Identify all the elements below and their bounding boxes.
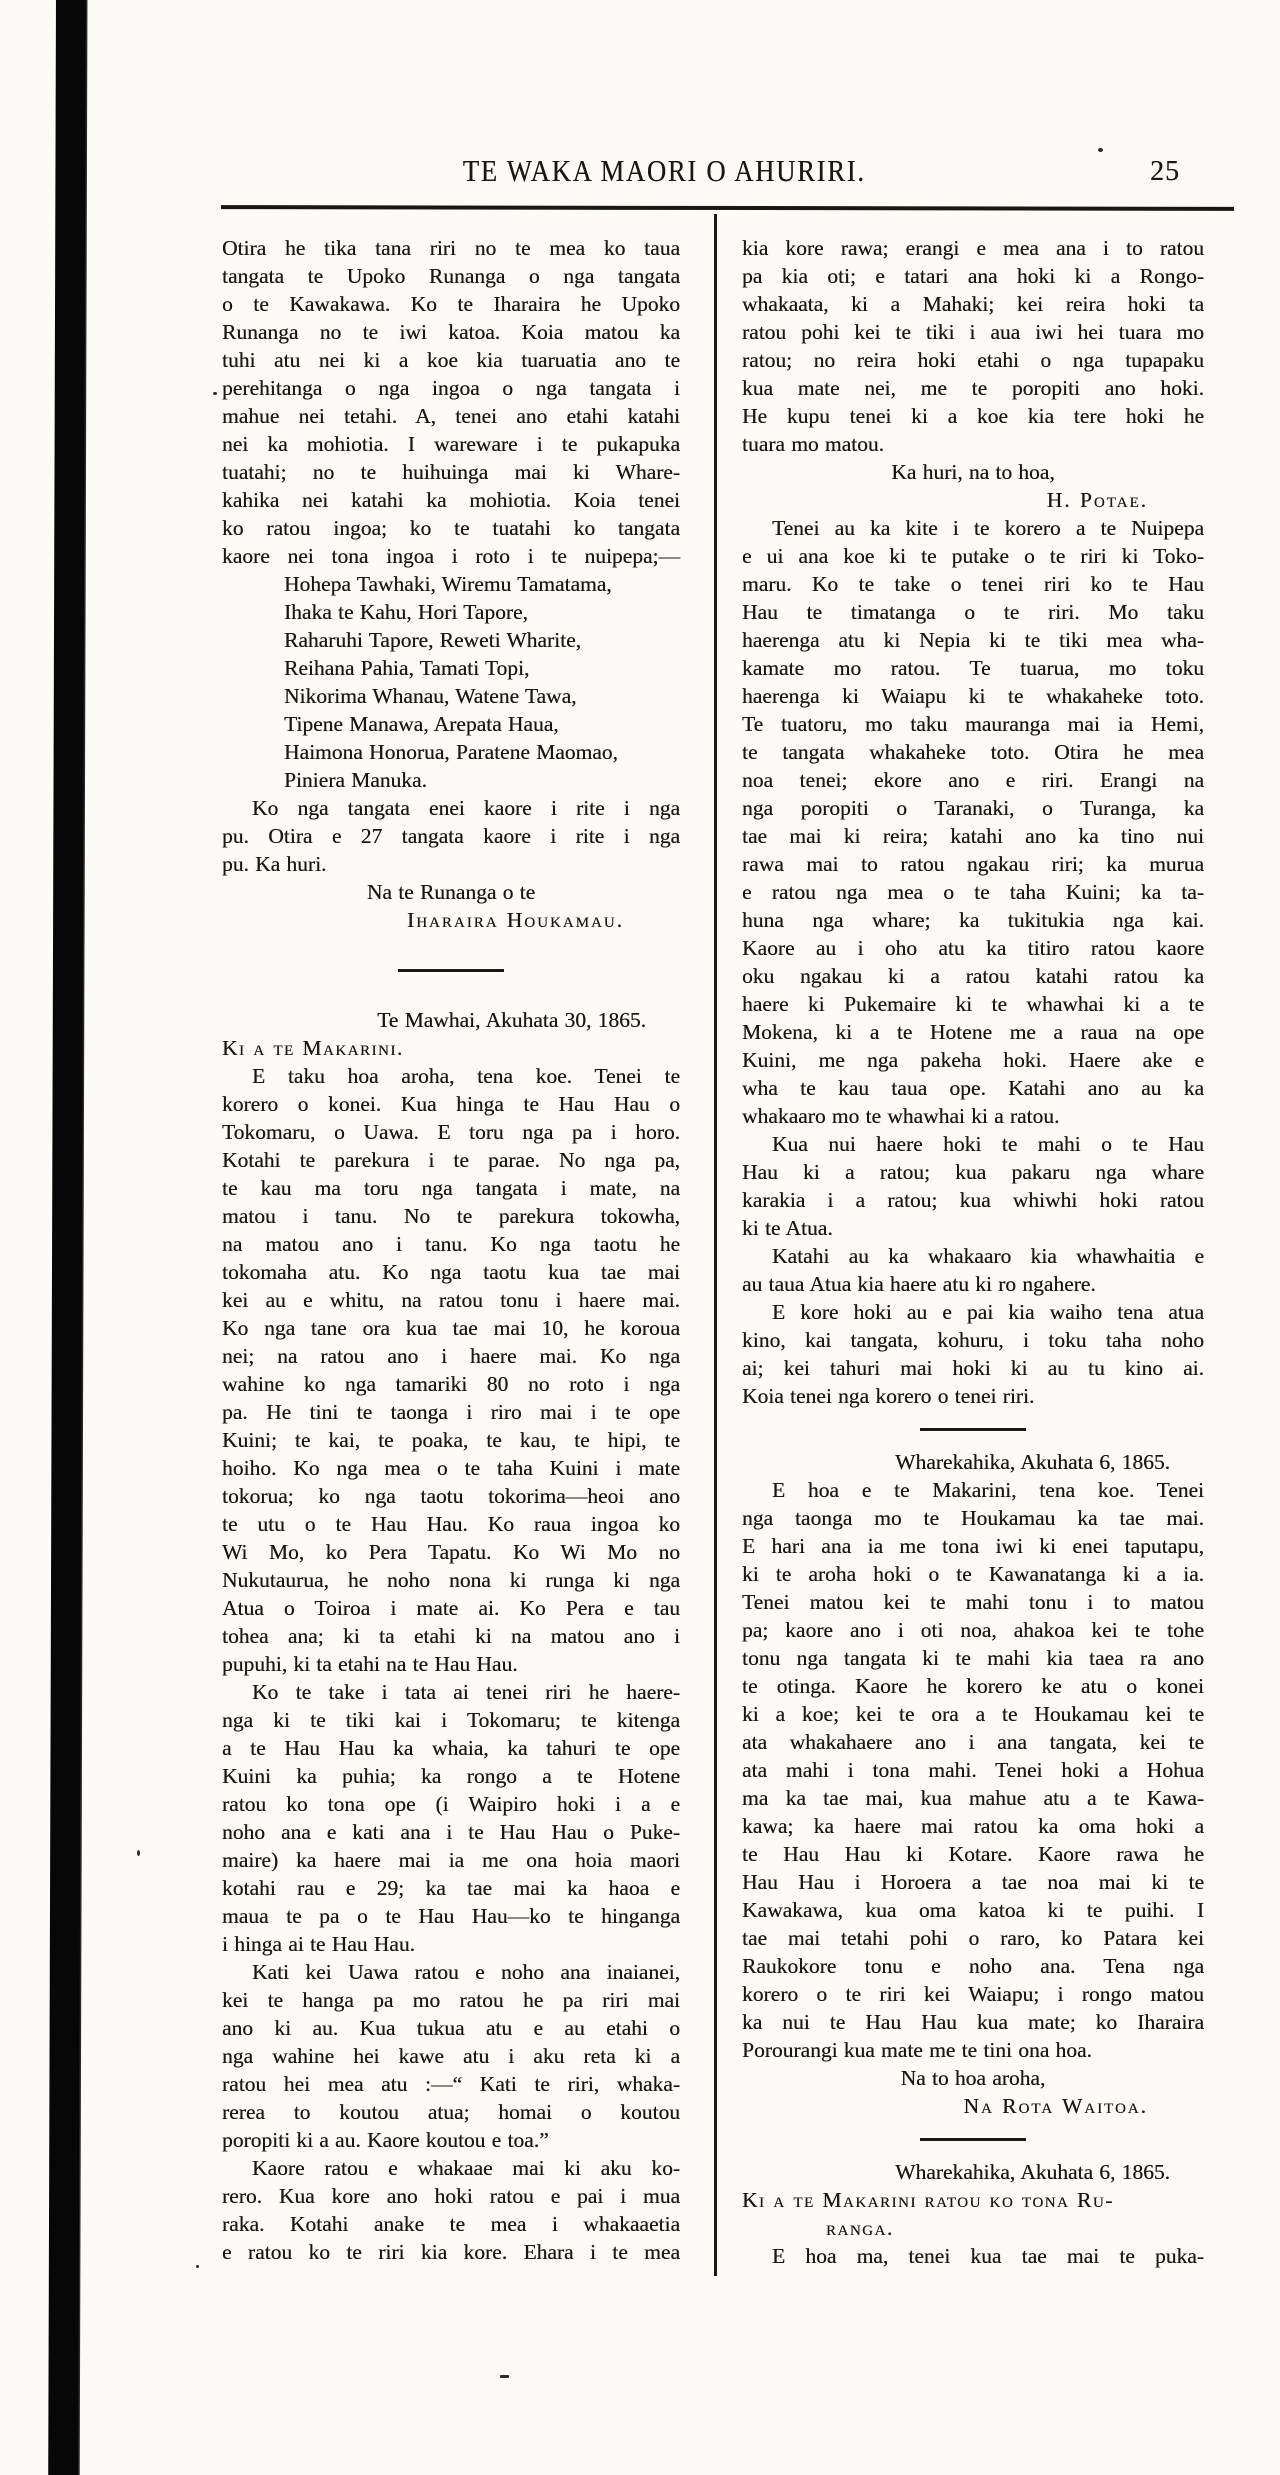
text-line: Kawakawa, kua oma katoa ki te puihi. I — [742, 1896, 1204, 1924]
text-line: kotahi rau e 29; ka tae mai ka haoa e — [222, 1874, 680, 1902]
ink-speck — [213, 392, 217, 395]
text-line: tuatahi; no te huihuinga mai ki Whare- — [222, 458, 680, 486]
text-line: Katahi au ka whakaaro kia whawhaitia e — [742, 1242, 1204, 1270]
text-line: e ratou ko te riri kia kore. Ehara i te … — [222, 2238, 680, 2266]
section-divider — [222, 934, 680, 1006]
text-line: Ko te take i tata ai tenei riri he haere… — [222, 1678, 680, 1706]
text-line: nei ka mohiotia. I wareware i te pukapuk… — [222, 430, 680, 458]
right-column: kia kore rawa; erangi e mea ana i to rat… — [742, 234, 1204, 2270]
text-line: ratou pohi kei te tiki i aua iwi hei tua… — [742, 318, 1204, 346]
text-line: Na te Runanga o te — [222, 878, 680, 906]
binding-edge — [48, 0, 86, 2475]
text-line: ata whakahaere ano i ana tangata, kei te — [742, 1728, 1204, 1756]
text-line: kahika nei katahi ka mohiotia. Koia tene… — [222, 486, 680, 514]
text-line: Kua nui haere hoki te mahi o te Hau — [742, 1130, 1204, 1158]
text-line: ka nui te Hau Hau kua mate; ko Iharaira — [742, 2008, 1204, 2036]
text-line: Kati kei Uawa ratou e noho ana inaianei, — [222, 1958, 680, 1986]
text-line: Tokomaru, o Uawa. E toru nga pa i horo. — [222, 1118, 680, 1146]
text-line: ratou hei mea atu :—“ Kati te riri, whak… — [222, 2070, 680, 2098]
text-line: whakaata, ki a Mahaki; kei reira hoki ta — [742, 290, 1204, 318]
text-line: raka. Kotahi anake te mea i whakaaetia — [222, 2210, 680, 2238]
text-line: Hau te timatanga o te riri. Mo taku — [742, 598, 1204, 626]
text-line: Hau ki a ratou; kua pakaru nga whare — [742, 1158, 1204, 1186]
text-line: E hoa ma, tenei kua tae mai te puka- — [742, 2242, 1204, 2270]
text-line: Otira he tika tana riri no te mea ko tau… — [222, 234, 680, 262]
text-line: pu. Ka huri. — [222, 850, 680, 878]
left-column: Otira he tika tana riri no te mea ko tau… — [222, 234, 680, 2266]
date-line: Wharekahika, Akuhata 6, 1865. — [742, 2158, 1204, 2186]
text-line: korero o konei. Kua hinga te Hau Hau o — [222, 1090, 680, 1118]
text-line: Raukokore tonu e noho ana. Tena nga — [742, 1952, 1204, 1980]
text-line: Koia tenei nga korero o tenei riri. — [742, 1382, 1204, 1410]
ink-speck — [500, 2375, 509, 2378]
text-line: tuara mo matou. — [742, 430, 1204, 458]
section-divider — [742, 2120, 1204, 2158]
text-line: kawa; ka haere mai ratou ka oma hoki a — [742, 1812, 1204, 1840]
text-line: Tenei matou kei te mahi tonu i to matou — [742, 1588, 1204, 1616]
text-line: oku ngakau ki a ratou katahi ratou ka — [742, 962, 1204, 990]
text-line: kua mate nei, me te poropiti ano hoki. — [742, 374, 1204, 402]
text-line: Kuini ka puhia; ka rongo a te Hotene — [222, 1762, 680, 1790]
text-line: Kaore ratou e whakaae mai ki aku ko- — [222, 2154, 680, 2182]
ink-speck — [1098, 148, 1103, 152]
text-line: nga taonga mo te Houkamau ka tae mai. — [742, 1504, 1204, 1532]
text-line: Na to hoa aroha, — [742, 2064, 1204, 2092]
signature-line: H. Potae. — [742, 486, 1204, 514]
text-line: maru. Ko te take o tenei riri ko te Hau — [742, 570, 1204, 598]
text-line: Te tuatoru, mo taku mauranga mai ia Hemi… — [742, 710, 1204, 738]
date-line: Te Mawhai, Akuhata 30, 1865. — [222, 1006, 680, 1034]
text-line: Wi Mo, ko Pera Tapatu. Ko Wi Mo no — [222, 1538, 680, 1566]
text-line: Ka huri, na to hoa, — [742, 458, 1204, 486]
text-line: ko ratou ingoa; ko te tuatahi ko tangata — [222, 514, 680, 542]
text-line: pa; kaore ano i oti noa, ahakoa kei te t… — [742, 1616, 1204, 1644]
text-line: ki te aroha hoki o te Kawanatanga ki a i… — [742, 1560, 1204, 1588]
page-number: 25 — [1150, 156, 1180, 188]
text-line: Runanga no te iwi katoa. Koia matou ka — [222, 318, 680, 346]
section-divider-rule — [398, 969, 504, 972]
text-line: noa tenei; ekore ano e riri. Erangi na — [742, 766, 1204, 794]
text-line: Kuini, me nga pakeha hoki. Haere ake e — [742, 1046, 1204, 1074]
text-line: nga poropiti o Taranaki, o Turanga, ka — [742, 794, 1204, 822]
text-line: Tenei au ka kite i te korero a te Nuipep… — [742, 514, 1204, 542]
section-divider — [742, 1410, 1204, 1448]
signature-line: Iharaira Houkamau. — [222, 906, 680, 934]
text-line: E kore hoki au e pai kia waiho tena atua — [742, 1298, 1204, 1326]
text-line: ratou; no reira hoki etahi o nga tupapak… — [742, 346, 1204, 374]
text-line: haerenga ki Waiapu ki te whakaheke toto. — [742, 682, 1204, 710]
ink-speck — [196, 2265, 199, 2268]
text-line: Ko nga tangata enei kaore i rite i nga — [222, 794, 680, 822]
text-line: kaore nei tona ingoa i roto i te nuipepa… — [222, 542, 680, 570]
text-line: rerea to koutou atua; homai o koutou — [222, 2098, 680, 2126]
text-line: wahine ko nga tamariki 80 no roto i nga — [222, 1370, 680, 1398]
text-line: Haimona Honorua, Paratene Maomao, — [222, 738, 680, 766]
text-line: te utu o te Hau Hau. Ko raua ingoa ko — [222, 1510, 680, 1538]
text-line: nga wahine hei kawe atu i aku reta ki a — [222, 2042, 680, 2070]
text-line: karakia i a ratou; kua whiwhi hoki ratou — [742, 1186, 1204, 1214]
text-line: ata mahi i tona mahi. Tenei hoki a Hohua — [742, 1756, 1204, 1784]
text-line: ratou ko tona ope (i Waipiro hoki i a e — [222, 1790, 680, 1818]
page-title: TE WAKA MAORI O AHURIRI. — [463, 153, 866, 189]
text-line: kei au e whitu, na ratou tonu i haere ma… — [222, 1286, 680, 1314]
text-line: haere ki Pukemaire ki te whawhai ki a te — [742, 990, 1204, 1018]
section-divider-rule — [920, 1428, 1026, 1431]
text-line: e ratou nga mea o te taha Kuini; ka ta- — [742, 878, 1204, 906]
text-line: Hohepa Tawhaki, Wiremu Tamatama, — [222, 570, 680, 598]
text-line: nga ki te tiki kai i Tokomaru; te kiteng… — [222, 1706, 680, 1734]
text-line: E taku hoa aroha, tena koe. Tenei te — [222, 1062, 680, 1090]
text-line: perehitanga o nga ingoa o nga tangata i — [222, 374, 680, 402]
section-divider-rule — [920, 2138, 1026, 2141]
text-line: ai; kei tahuri mai hoki ki au tu kino ai… — [742, 1354, 1204, 1382]
ink-speck — [137, 1850, 140, 1856]
text-line: Raharuhi Tapore, Reweti Wharite, — [222, 626, 680, 654]
text-line: poropiti ki a au. Kaore koutou e toa.” — [222, 2126, 680, 2154]
newspaper-page: TE WAKA MAORI O AHURIRI. 25 Otira he tik… — [0, 0, 1280, 2475]
text-line: Ko nga tane ora kua tae mai 10, he korou… — [222, 1314, 680, 1342]
text-line: Nikorima Whanau, Watene Tawa, — [222, 682, 680, 710]
text-line: e ui ana koe ki te putake o te riri ki T… — [742, 542, 1204, 570]
text-line: tae mai tetahi pohi o raro, ko Patara ke… — [742, 1924, 1204, 1952]
text-line: kino, kai tangata, kohuru, i toku taha n… — [742, 1326, 1204, 1354]
newspaper-masthead: TE WAKA MAORI O AHURIRI. — [160, 153, 1168, 189]
text-line: tae mai ki reira; katahi ano ka tino nui — [742, 822, 1204, 850]
text-line: Atua o Toiroa i mate ai. Ko Pera e tau — [222, 1594, 680, 1622]
text-line: pu. Otira e 27 tangata kaore i rite i ng… — [222, 822, 680, 850]
text-line: mahue nei tetahi. A, tenei ano etahi kat… — [222, 402, 680, 430]
text-line: kei te hanga pa mo ratou he pa riri mai — [222, 1986, 680, 2014]
heading-line: Ki a te Makarini. — [222, 1034, 680, 1062]
text-line: te kau ma toru nga tangata i mate, na — [222, 1174, 680, 1202]
text-line: maua te pa o te Hau Hau—ko te hinganga — [222, 1902, 680, 1930]
text-line: au taua Atua kia haere atu ki ro ngahere… — [742, 1270, 1204, 1298]
text-line: rawa mai to ratou ngakau riri; ka murua — [742, 850, 1204, 878]
text-line: te Hau Hau ki Kotare. Kaore rawa he — [742, 1840, 1204, 1868]
text-line: korero o te riri kei Waiapu; i rongo mat… — [742, 1980, 1204, 2008]
text-line: ki a koe; kei te ora a te Houkamau kei t… — [742, 1700, 1204, 1728]
text-line: E hari ana ia me tona iwi ki enei taputa… — [742, 1532, 1204, 1560]
text-line: Ihaka te Kahu, Hori Tapore, — [222, 598, 680, 626]
text-line: te tangata whakaheke toto. Otira he mea — [742, 738, 1204, 766]
text-line: nei; na ratou ano i haere mai. Ko nga — [222, 1342, 680, 1370]
text-line: He kupu tenei ki a koe kia tere hoki he — [742, 402, 1204, 430]
text-line: whakaaro mo te whawhai ki a ratou. — [742, 1102, 1204, 1130]
text-line: tonu nga tangata ki te mahi kia taea ra … — [742, 1644, 1204, 1672]
text-line: Kuini; te kai, te poaka, te kau, te hipi… — [222, 1426, 680, 1454]
text-line: a te Hau Hau ka whaia, ka tahuri te ope — [222, 1734, 680, 1762]
text-line: rero. Kua kore ano hoki ratou e pai i mu… — [222, 2182, 680, 2210]
text-line: Hau Hau i Horoera a tae noa mai ki te — [742, 1868, 1204, 1896]
header-rule — [221, 205, 1234, 210]
text-line: matou i tanu. No te parekura tokowha, — [222, 1202, 680, 1230]
text-line: Reihana Pahia, Tamati Topi, — [222, 654, 680, 682]
text-line: ki te Atua. — [742, 1214, 1204, 1242]
text-line: na matou ano i tanu. Ko nga taotu he — [222, 1230, 680, 1258]
text-line: E hoa e te Makarini, tena koe. Tenei — [742, 1476, 1204, 1504]
heading-line: ranga. — [742, 2214, 1204, 2242]
text-line: o te Kawakawa. Ko te Iharaira he Upoko — [222, 290, 680, 318]
text-line: Kotahi te parekura i te parae. No nga pa… — [222, 1146, 680, 1174]
text-line: huna nga whare; ka tukitukia nga kai. — [742, 906, 1204, 934]
text-line: kamate mo ratou. Te tuarua, mo toku — [742, 654, 1204, 682]
text-line: Tipene Manawa, Arepata Haua, — [222, 710, 680, 738]
heading-line: Ki a te Makarini ratou ko tona Ru- — [742, 2186, 1204, 2214]
text-line: tokomaha atu. Ko nga taotu kua tae mai — [222, 1258, 680, 1286]
text-line: Piniera Manuka. — [222, 766, 680, 794]
text-line: wha te kau taua ope. Katahi ano au ka — [742, 1074, 1204, 1102]
text-line: tohea ana; ki ta etahi ki na matou ano i — [222, 1622, 680, 1650]
date-line: Wharekahika, Akuhata 6, 1865. — [742, 1448, 1204, 1476]
text-line: ma ka tae mai, kua mahue atu a te Kawa- — [742, 1784, 1204, 1812]
text-line: pa kia oti; e tatari ana hoki ki a Rongo… — [742, 262, 1204, 290]
text-line: ano ki au. Kua tukua atu e au etahi o — [222, 2014, 680, 2042]
text-line: tangata te Upoko Runanga o nga tangata — [222, 262, 680, 290]
text-line: i hinga ai te Hau Hau. — [222, 1930, 680, 1958]
text-line: haerenga atu ki Nepia ki te tiki mea wha… — [742, 626, 1204, 654]
text-line: Nukutaurua, he noho nona ki runga ki nga — [222, 1566, 680, 1594]
text-line: kia kore rawa; erangi e mea ana i to rat… — [742, 234, 1204, 262]
text-line: tokorua; ko nga taotu tokorima—heoi ano — [222, 1482, 680, 1510]
signature-line: Na Rota Waitoa. — [742, 2092, 1204, 2120]
text-line: tuhi atu nei ki a koe kia tuaruatia ano … — [222, 346, 680, 374]
text-line: Mokena, ki a te Hotene me a raua na ope — [742, 1018, 1204, 1046]
text-line: Porourangi kua mate me te tini ona hoa. — [742, 2036, 1204, 2064]
column-divider-rule — [714, 214, 717, 2276]
text-line: pupuhi, ki ta etahi na te Hau Hau. — [222, 1650, 680, 1678]
text-line: pa. He tini te taonga i riro mai i te op… — [222, 1398, 680, 1426]
text-line: hoiho. Ko nga mea o te taha Kuini i mate — [222, 1454, 680, 1482]
text-line: te otinga. Kaore he korero ke atu o kone… — [742, 1672, 1204, 1700]
text-line: maire) ka haere mai ia me ona hoia maori — [222, 1846, 680, 1874]
text-line: noho ana e kati ana i te Hau Hau o Puke- — [222, 1818, 680, 1846]
text-line: Kaore au i oho atu ka titiro ratou kaore — [742, 934, 1204, 962]
